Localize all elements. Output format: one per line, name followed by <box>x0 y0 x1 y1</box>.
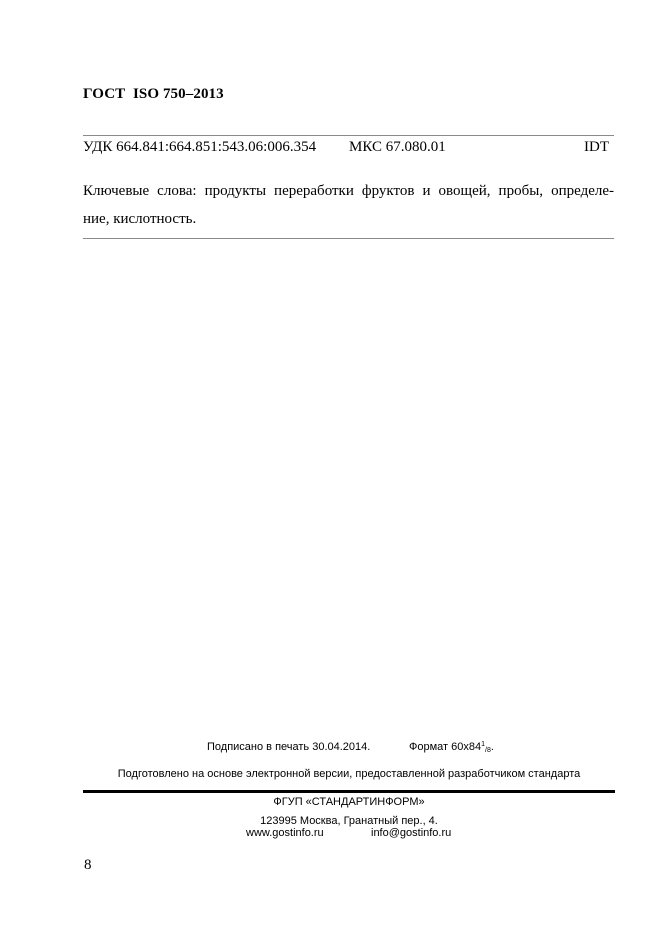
top-divider <box>83 135 614 136</box>
publisher-address: 123995 Москва, Гранатный пер., 4. <box>83 815 615 827</box>
format-label: Формат 60x84 <box>409 741 481 753</box>
publisher-contacts: www.gostinfo.ru info@gostinfo.ru <box>83 827 615 841</box>
keywords-paragraph: Ключевые слова: продукты переработки фру… <box>83 177 614 233</box>
page-number: 8 <box>84 857 92 874</box>
email-link[interactable]: info@gostinfo.ru <box>371 827 451 839</box>
mks-code: МКС 67.080.01 <box>349 139 446 156</box>
prepared-note: Подготовлено на основе электронной верси… <box>83 768 615 780</box>
publisher-name: ФГУП «СТАНДАРТИНФОРМ» <box>83 796 615 808</box>
format-end: . <box>491 741 494 753</box>
print-info-row: Подписано в печать 30.04.2014. Формат 60… <box>83 741 615 757</box>
keywords-divider <box>83 238 614 239</box>
conformity-degree: IDT <box>584 139 609 156</box>
udk-code: УДК 664.841:664.851:543.06:006.354 <box>83 139 316 156</box>
imprint-divider <box>83 790 615 793</box>
keywords-line-1: Ключевые слова: продукты переработки фру… <box>83 177 614 205</box>
signed-date: Подписано в печать 30.04.2014. <box>207 741 370 753</box>
classification-row: УДК 664.841:664.851:543.06:006.354 МКС 6… <box>83 139 614 159</box>
document-code: ГОСТ ISO 750–2013 <box>83 86 224 103</box>
keywords-line-2: ние, кислотность. <box>83 205 614 233</box>
paper-format: Формат 60x841/8. <box>409 741 494 754</box>
website-link[interactable]: www.gostinfo.ru <box>246 827 324 839</box>
